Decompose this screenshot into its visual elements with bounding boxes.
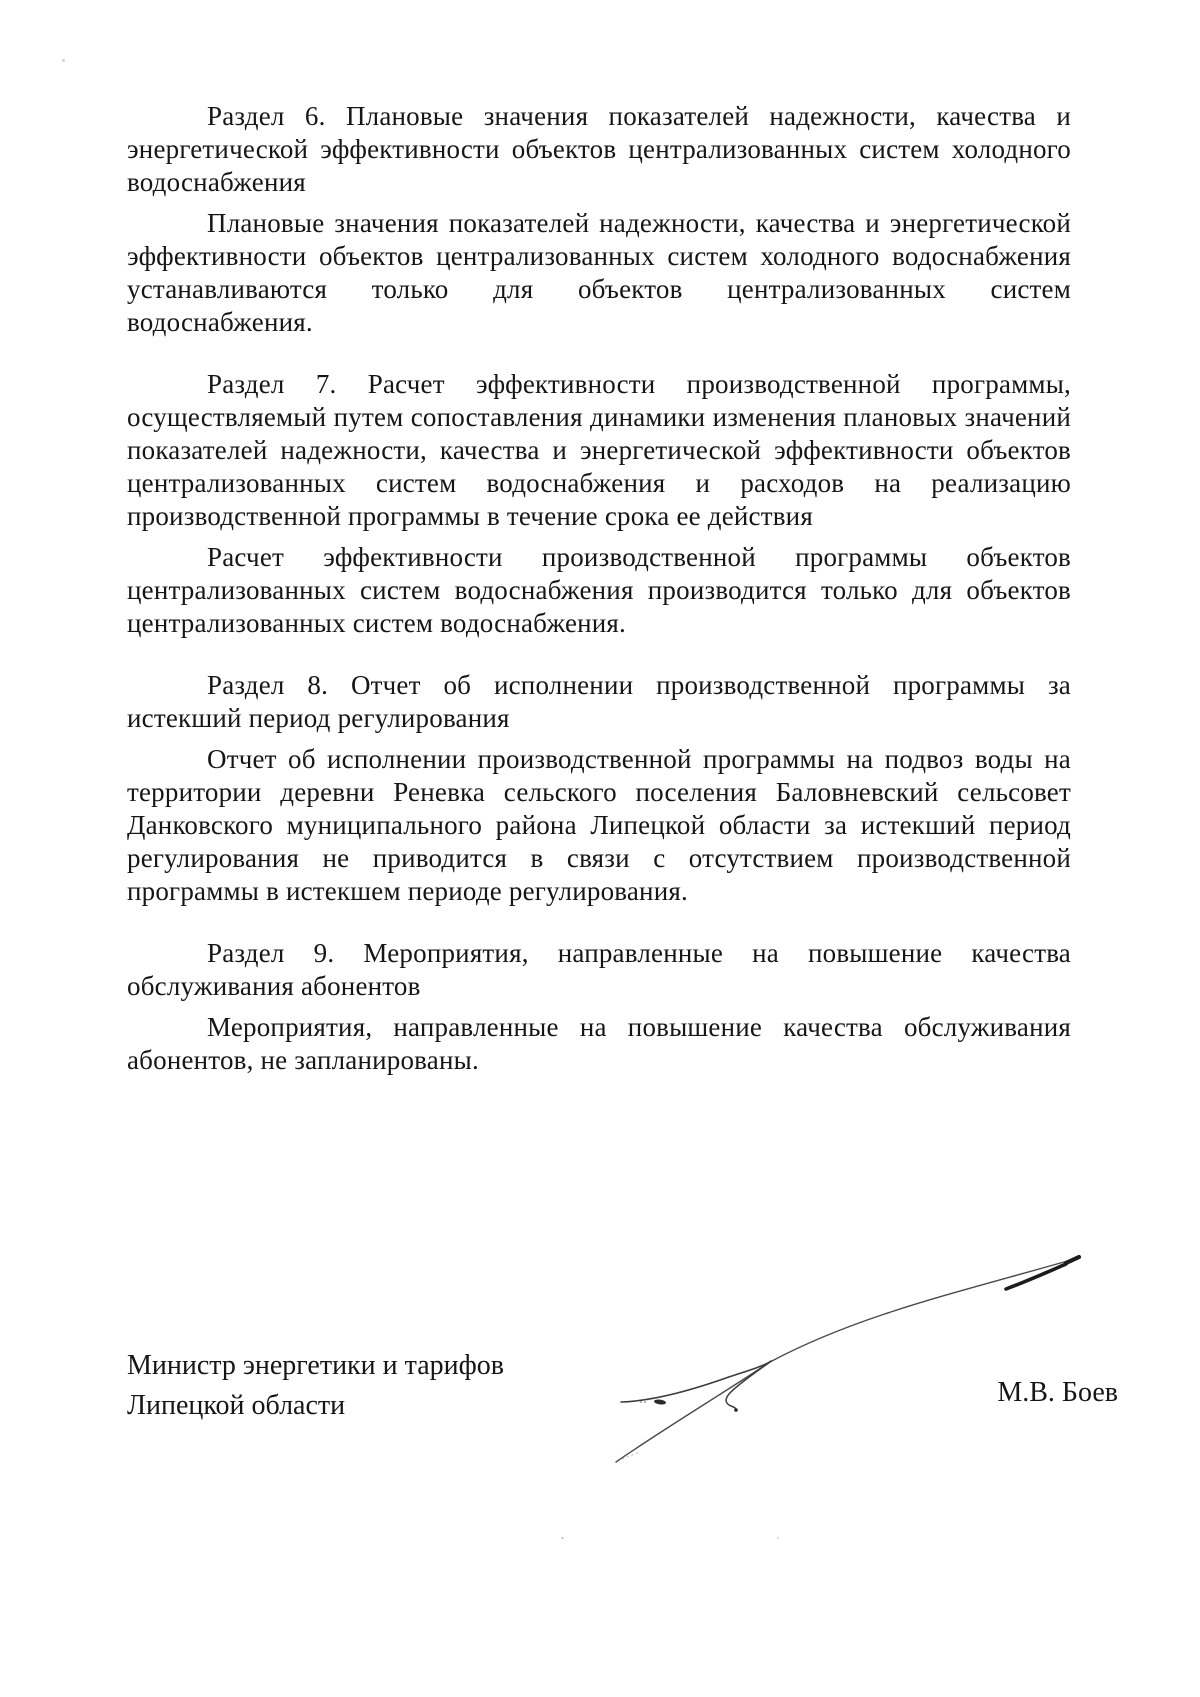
section-6-heading: Раздел 6. Плановые значения показателей … <box>127 100 1071 199</box>
section-6-paragraph: Плановые значения показателей надежности… <box>127 207 1071 339</box>
signatory-title-line2: Липецкой области <box>127 1386 504 1426</box>
scan-speck <box>777 1537 779 1539</box>
section-9-heading: Раздел 9. Мероприятия, направленные на п… <box>127 937 1071 1003</box>
handwritten-signature <box>600 1240 1100 1480</box>
section-7-heading: Раздел 7. Расчет эффективности производс… <box>127 368 1071 533</box>
section-8-heading: Раздел 8. Отчет об исполнении производст… <box>127 669 1071 735</box>
section-9-paragraph: Мероприятия, направленные на повышение к… <box>127 1011 1071 1077</box>
signatory-title: Министр энергетики и тарифов Липецкой об… <box>127 1346 504 1426</box>
scan-speck <box>561 1537 564 1539</box>
document-body: Раздел 6. Плановые значения показателей … <box>127 100 1071 1106</box>
section-8-paragraph: Отчет об исполнении производственной про… <box>127 743 1071 908</box>
signatory-title-line1: Министр энергетики и тарифов <box>127 1346 504 1386</box>
document-page: Раздел 6. Плановые значения показателей … <box>0 0 1200 1697</box>
scan-speck <box>62 59 65 62</box>
section-7-paragraph: Расчет эффективности производственной пр… <box>127 541 1071 640</box>
